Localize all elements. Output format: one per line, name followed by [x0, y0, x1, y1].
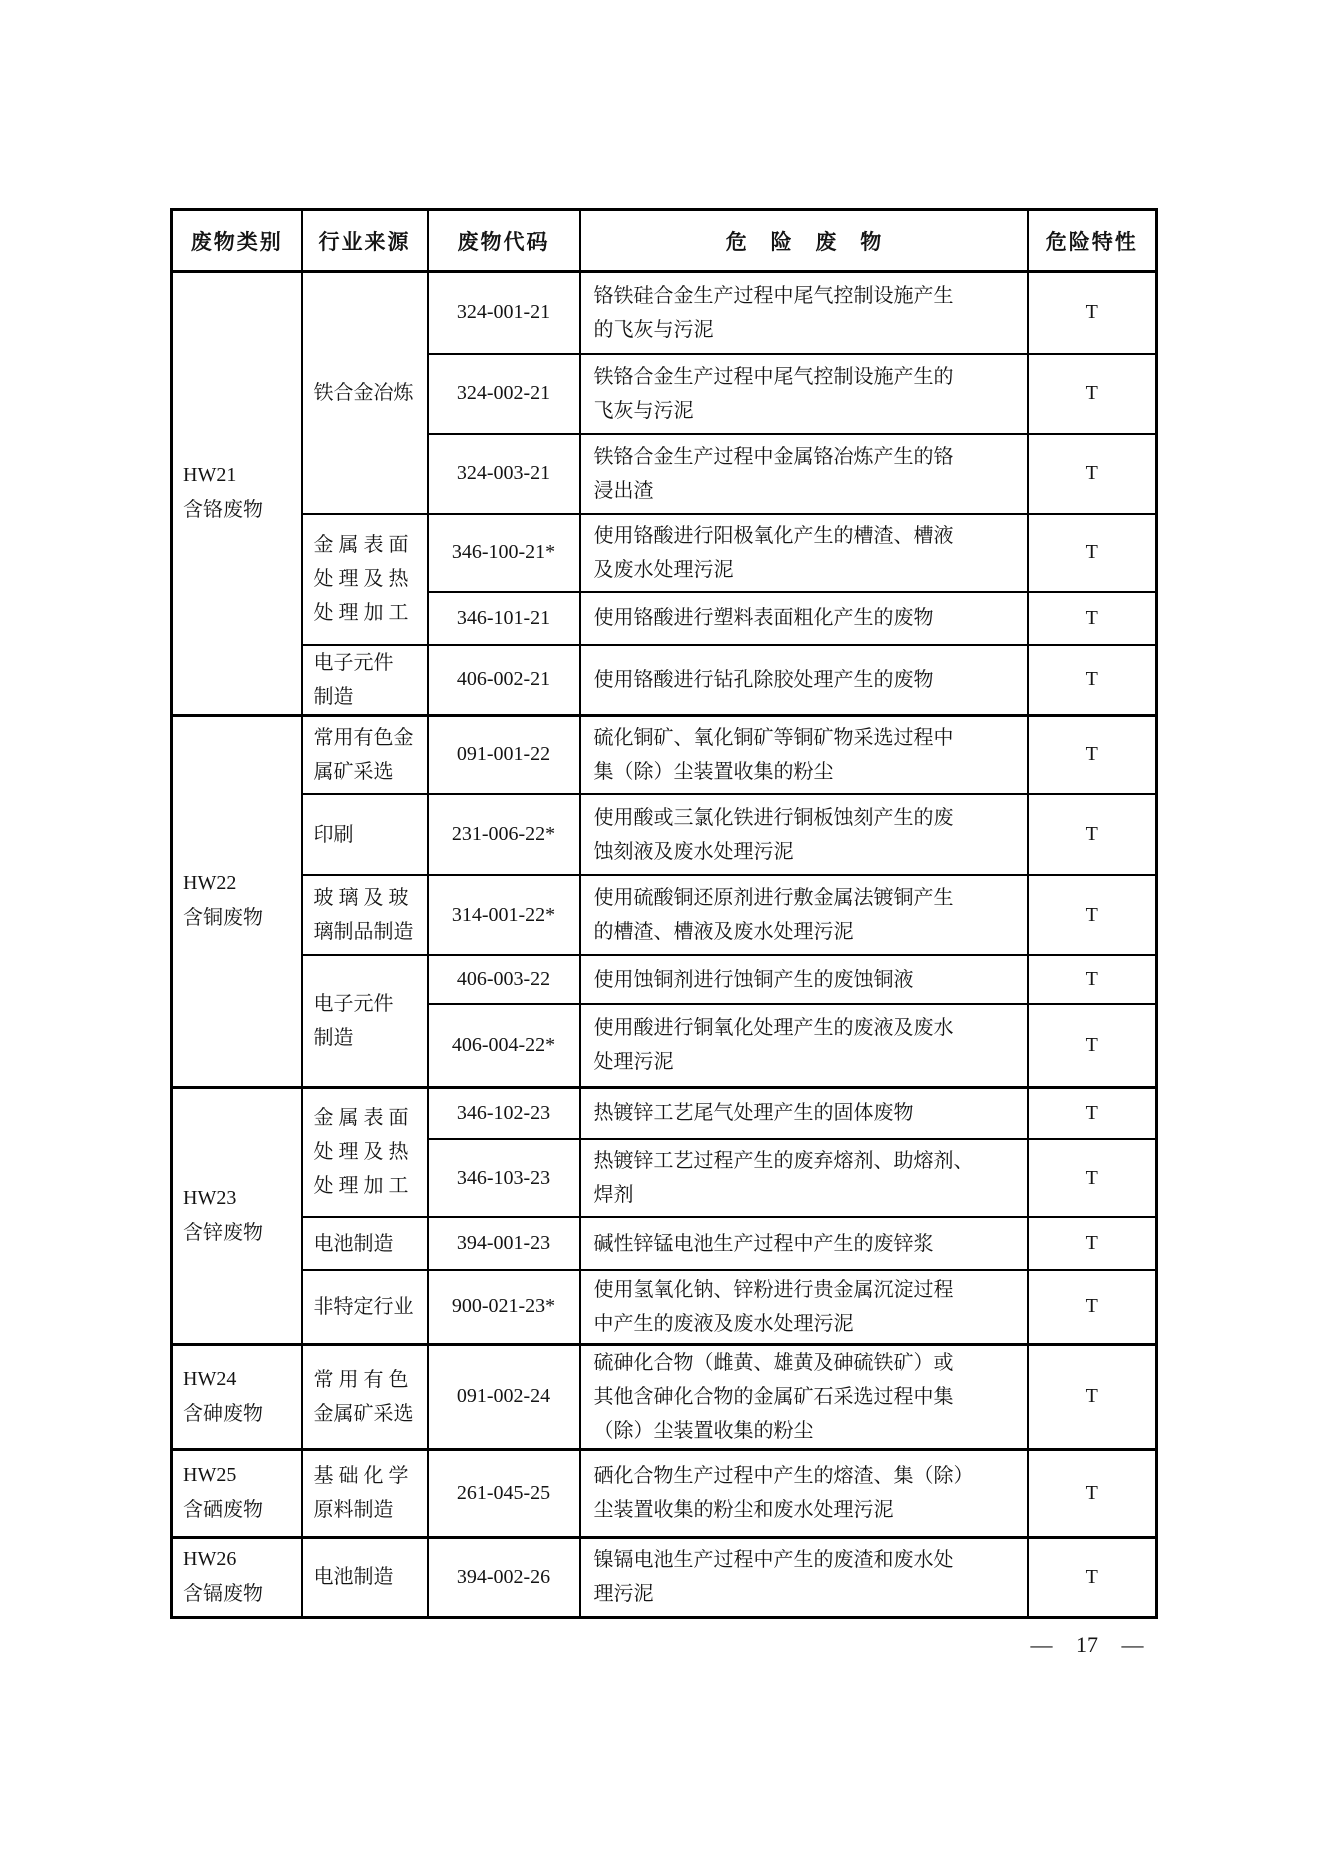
header-waste: 危 险 废 物 [580, 210, 1028, 272]
code-cell: 346-103-23 [428, 1139, 580, 1217]
hazard-cell: T [1028, 715, 1157, 794]
category-cell: HW25 含硒废物 [172, 1449, 302, 1537]
waste-desc-cell: 硒化合物生产过程中产生的熔渣、集（除） 尘装置收集的粉尘和废水处理污泥 [580, 1449, 1028, 1537]
hazard-cell: T [1028, 955, 1157, 1004]
header-code: 废物代码 [428, 210, 580, 272]
waste-desc-cell: 使用铬酸进行钻孔除胶处理产生的废物 [580, 645, 1028, 716]
table-row: 电池制造 394-001-23 碱性锌锰电池生产过程中产生的废锌浆 T [172, 1217, 1157, 1270]
hazard-cell: T [1028, 1537, 1157, 1617]
industry-cell: 电池制造 [302, 1217, 428, 1270]
industry-cell: 铁合金冶炼 [302, 272, 428, 514]
table-row: HW24 含砷废物 常 用 有 色 金属矿采选 091-002-24 硫砷化合物… [172, 1344, 1157, 1449]
waste-desc-cell: 使用蚀铜剂进行蚀铜产生的废蚀铜液 [580, 955, 1028, 1004]
table-row: 电子元件 制造 406-002-21 使用铬酸进行钻孔除胶处理产生的废物 T [172, 645, 1157, 716]
waste-desc-cell: 使用硫酸铜还原剂进行敷金属法镀铜产生 的槽渣、槽液及废水处理污泥 [580, 875, 1028, 955]
hazard-cell: T [1028, 1004, 1157, 1087]
table-row: 玻 璃 及 玻 璃制品制造 314-001-22* 使用硫酸铜还原剂进行敷金属法… [172, 875, 1157, 955]
code-cell: 324-002-21 [428, 354, 580, 434]
industry-cell: 电子元件 制造 [302, 955, 428, 1087]
waste-desc-cell: 使用酸进行铜氧化处理产生的废液及废水 处理污泥 [580, 1004, 1028, 1087]
industry-cell: 印刷 [302, 794, 428, 875]
category-id: HW23 [183, 1181, 301, 1216]
industry-cell: 金 属 表 面 处 理 及 热 处 理 加 工 [302, 1087, 428, 1217]
waste-desc-cell: 热镀锌工艺尾气处理产生的固体废物 [580, 1087, 1028, 1139]
waste-desc-cell: 使用酸或三氯化铁进行铜板蚀刻产生的废 蚀刻液及废水处理污泥 [580, 794, 1028, 875]
header-hazard: 危险特性 [1028, 210, 1157, 272]
header-category: 废物类别 [172, 210, 302, 272]
category-id: HW22 [183, 866, 301, 901]
hazard-cell: T [1028, 1087, 1157, 1139]
code-cell: 324-003-21 [428, 434, 580, 514]
code-cell: 261-045-25 [428, 1449, 580, 1537]
hazard-cell: T [1028, 875, 1157, 955]
category-name: 含锌废物 [183, 1216, 301, 1251]
table-body: HW21 含铬废物 铁合金冶炼 324-001-21 铬铁硅合金生产过程中尾气控… [172, 272, 1157, 1618]
category-name: 含硒废物 [183, 1493, 301, 1528]
hazard-cell: T [1028, 434, 1157, 514]
table-row: HW23 含锌废物 金 属 表 面 处 理 及 热 处 理 加 工 346-10… [172, 1087, 1157, 1139]
category-cell: HW21 含铬废物 [172, 272, 302, 716]
category-cell: HW23 含锌废物 [172, 1087, 302, 1344]
hazard-cell: T [1028, 592, 1157, 645]
category-cell: HW22 含铜废物 [172, 715, 302, 1087]
code-cell: 394-002-26 [428, 1537, 580, 1617]
waste-desc-cell: 使用氢氧化钠、锌粉进行贵金属沉淀过程 中产生的废液及废水处理污泥 [580, 1270, 1028, 1344]
table-row: HW26 含镉废物 电池制造 394-002-26 镍镉电池生产过程中产生的废渣… [172, 1537, 1157, 1617]
table-row: HW21 含铬废物 铁合金冶炼 324-001-21 铬铁硅合金生产过程中尾气控… [172, 272, 1157, 354]
code-cell: 231-006-22* [428, 794, 580, 875]
code-cell: 091-002-24 [428, 1344, 580, 1449]
category-cell: HW24 含砷废物 [172, 1344, 302, 1449]
waste-desc-cell: 铬铁硅合金生产过程中尾气控制设施产生 的飞灰与污泥 [580, 272, 1028, 354]
category-id: HW21 [183, 458, 301, 493]
waste-desc-cell: 硫砷化合物（雌黄、雄黄及砷硫铁矿）或 其他含砷化合物的金属矿石采选过程中集 （除… [580, 1344, 1028, 1449]
table-row: 电子元件 制造 406-003-22 使用蚀铜剂进行蚀铜产生的废蚀铜液 T [172, 955, 1157, 1004]
hazard-cell: T [1028, 1344, 1157, 1449]
hazard-cell: T [1028, 272, 1157, 354]
waste-desc-cell: 铁铬合金生产过程中尾气控制设施产生的 飞灰与污泥 [580, 354, 1028, 434]
industry-cell: 电子元件 制造 [302, 645, 428, 716]
hazard-cell: T [1028, 1449, 1157, 1537]
waste-desc-cell: 使用铬酸进行阳极氧化产生的槽渣、槽液 及废水处理污泥 [580, 514, 1028, 592]
code-cell: 394-001-23 [428, 1217, 580, 1270]
code-cell: 346-100-21* [428, 514, 580, 592]
hazard-cell: T [1028, 1217, 1157, 1270]
hazard-cell: T [1028, 1270, 1157, 1344]
waste-desc-cell: 铁铬合金生产过程中金属铬冶炼产生的铬 浸出渣 [580, 434, 1028, 514]
category-name: 含铜废物 [183, 901, 301, 936]
table-row: 印刷 231-006-22* 使用酸或三氯化铁进行铜板蚀刻产生的废 蚀刻液及废水… [172, 794, 1157, 875]
code-cell: 346-102-23 [428, 1087, 580, 1139]
code-cell: 406-002-21 [428, 645, 580, 716]
category-name: 含铬废物 [183, 493, 301, 528]
hazard-cell: T [1028, 645, 1157, 716]
category-id: HW26 [183, 1542, 301, 1577]
industry-cell: 基 础 化 学 原料制造 [302, 1449, 428, 1537]
industry-cell: 常 用 有 色 金属矿采选 [302, 1344, 428, 1449]
code-cell: 324-001-21 [428, 272, 580, 354]
industry-cell: 金 属 表 面 处 理 及 热 处 理 加 工 [302, 514, 428, 645]
waste-desc-cell: 镍镉电池生产过程中产生的废渣和废水处 理污泥 [580, 1537, 1028, 1617]
code-cell: 091-001-22 [428, 715, 580, 794]
page-number: — 17 — [1018, 1632, 1156, 1658]
table-header: 废物类别 行业来源 废物代码 危 险 废 物 危险特性 [172, 210, 1157, 272]
code-cell: 900-021-23* [428, 1270, 580, 1344]
table-row: 非特定行业 900-021-23* 使用氢氧化钠、锌粉进行贵金属沉淀过程 中产生… [172, 1270, 1157, 1344]
hazard-cell: T [1028, 354, 1157, 434]
hazardous-waste-table: 废物类别 行业来源 废物代码 危 险 废 物 危险特性 HW21 含铬废物 铁合… [170, 208, 1158, 1619]
category-name: 含砷废物 [183, 1397, 301, 1432]
hazard-cell: T [1028, 794, 1157, 875]
category-cell: HW26 含镉废物 [172, 1537, 302, 1617]
code-cell: 406-003-22 [428, 955, 580, 1004]
hazard-cell: T [1028, 514, 1157, 592]
waste-desc-cell: 碱性锌锰电池生产过程中产生的废锌浆 [580, 1217, 1028, 1270]
code-cell: 314-001-22* [428, 875, 580, 955]
category-id: HW25 [183, 1458, 301, 1493]
waste-desc-cell: 热镀锌工艺过程产生的废弃熔剂、助熔剂、 焊剂 [580, 1139, 1028, 1217]
waste-desc-cell: 硫化铜矿、氧化铜矿等铜矿物采选过程中 集（除）尘装置收集的粉尘 [580, 715, 1028, 794]
table-row: 金 属 表 面 处 理 及 热 处 理 加 工 346-100-21* 使用铬酸… [172, 514, 1157, 592]
table-row: HW25 含硒废物 基 础 化 学 原料制造 261-045-25 硒化合物生产… [172, 1449, 1157, 1537]
industry-cell: 常用有色金 属矿采选 [302, 715, 428, 794]
code-cell: 406-004-22* [428, 1004, 580, 1087]
waste-desc-cell: 使用铬酸进行塑料表面粗化产生的废物 [580, 592, 1028, 645]
industry-cell: 非特定行业 [302, 1270, 428, 1344]
category-name: 含镉废物 [183, 1577, 301, 1612]
category-id: HW24 [183, 1362, 301, 1397]
hazard-cell: T [1028, 1139, 1157, 1217]
industry-cell: 电池制造 [302, 1537, 428, 1617]
industry-cell: 玻 璃 及 玻 璃制品制造 [302, 875, 428, 955]
code-cell: 346-101-21 [428, 592, 580, 645]
header-row: 废物类别 行业来源 废物代码 危 险 废 物 危险特性 [172, 210, 1157, 272]
header-industry: 行业来源 [302, 210, 428, 272]
table-row: HW22 含铜废物 常用有色金 属矿采选 091-001-22 硫化铜矿、氧化铜… [172, 715, 1157, 794]
